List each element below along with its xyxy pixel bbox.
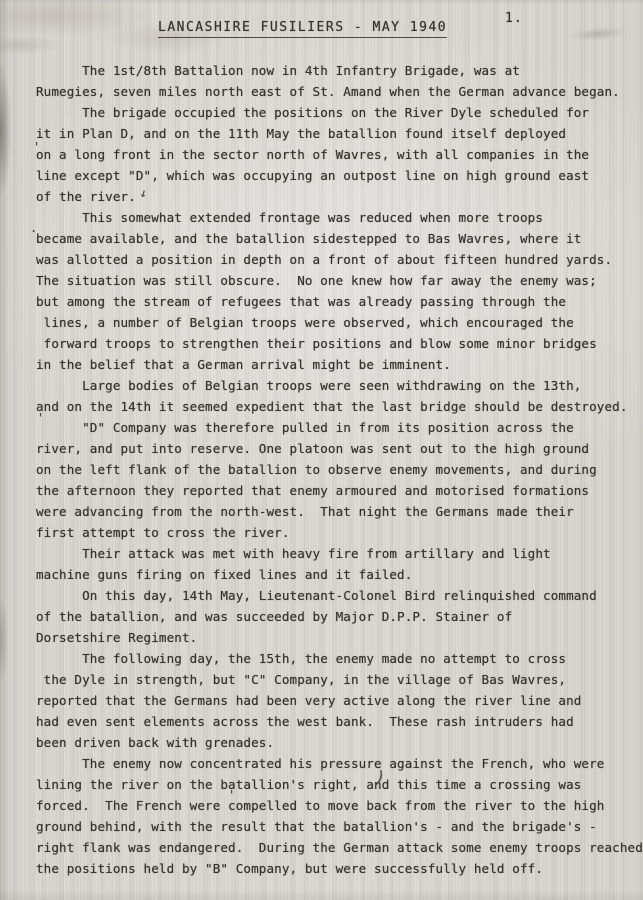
text-line: the positions held by "B" Company, but w…	[36, 858, 643, 879]
text-line: been driven back with grenades.	[36, 732, 643, 753]
text-line: "D" Company was therefore pulled in from…	[36, 417, 643, 438]
text-line: The situation was still obscure. No one …	[36, 270, 643, 291]
text-line: became available, and the batallion side…	[36, 228, 643, 249]
paragraph: The brigade occupied the positions on th…	[36, 102, 643, 207]
text-line: machine guns firing on fixed lines and i…	[36, 564, 643, 585]
text-line: river, and put into reserve. One platoon…	[36, 438, 643, 459]
text-line: on a long front in the sector north of W…	[36, 144, 643, 165]
text-line: The enemy now concentrated his pressure …	[36, 753, 643, 774]
paragraph: Their attack was met with heavy fire fro…	[36, 543, 643, 585]
pencil-smudge	[557, 23, 638, 46]
text-line: were advancing from the north-west. That…	[36, 501, 643, 522]
text-line: the afternoon they reported that enemy a…	[36, 480, 643, 501]
text-line: lining the river on the batallion's righ…	[36, 774, 643, 795]
paragraph: The 1st/8th Battalion now in 4th Infantr…	[36, 60, 643, 102]
text-line: on the left flank of the batallion to ob…	[36, 459, 643, 480]
text-line: right flank was endangered. During the G…	[36, 837, 643, 858]
text-line: in the belief that a German arrival migh…	[36, 354, 643, 375]
text-line: Rumegies, seven miles north east of St. …	[36, 81, 643, 102]
text-line: the Dyle in strength, but "C" Company, i…	[36, 669, 643, 690]
document-body: The 1st/8th Battalion now in 4th Infantr…	[36, 60, 643, 879]
paragraph: The enemy now concentrated his pressure …	[36, 753, 643, 879]
text-line: Large bodies of Belgian troops were seen…	[36, 375, 643, 396]
page-title: LANCASHIRE FUSILIERS - MAY 1940	[158, 20, 447, 38]
text-line: The 1st/8th Battalion now in 4th Infantr…	[36, 60, 643, 81]
text-line: first attempt to cross the river.	[36, 522, 643, 543]
paragraph: Large bodies of Belgian troops were seen…	[36, 375, 643, 417]
text-line: line except "D", which was occupying an …	[36, 165, 643, 186]
text-line: forced. The French were compelled to mov…	[36, 795, 643, 816]
text-line: had even sent elements across the west b…	[36, 711, 643, 732]
paragraph: This somewhat extended frontage was redu…	[36, 207, 643, 375]
text-line: On this day, 14th May, Lieutenant-Colone…	[36, 585, 643, 606]
text-line: was allotted a position in depth on a fr…	[36, 249, 643, 270]
text-line: of the river.	[36, 186, 643, 207]
text-line: The following day, the 15th, the enemy m…	[36, 648, 643, 669]
text-line: Their attack was met with heavy fire fro…	[36, 543, 643, 564]
page-number: 1.	[505, 11, 523, 26]
text-line: The brigade occupied the positions on th…	[36, 102, 643, 123]
text-line: but among the stream of refugees that wa…	[36, 291, 643, 312]
text-line: and on the 14th it seemed expedient that…	[36, 396, 643, 417]
document-page: 1. LANCASHIRE FUSILIERS - MAY 1940 The 1…	[0, 0, 643, 900]
paragraph: On this day, 14th May, Lieutenant-Colone…	[36, 585, 643, 648]
text-line: reported that the Germans had been very …	[36, 690, 643, 711]
text-line: ground behind, with the result that the …	[36, 816, 643, 837]
text-line: of the batallion, and was succeeded by M…	[36, 606, 643, 627]
text-line: it in Plan D, and on the 11th May the ba…	[36, 123, 643, 144]
paragraph: "D" Company was therefore pulled in from…	[36, 417, 643, 543]
text-line: forward troops to strengthen their posit…	[36, 333, 643, 354]
paragraph: The following day, the 15th, the enemy m…	[36, 648, 643, 753]
text-line: This somewhat extended frontage was redu…	[36, 207, 643, 228]
text-line: lines, a number of Belgian troops were o…	[36, 312, 643, 333]
text-line: Dorsetshire Regiment.	[36, 627, 643, 648]
